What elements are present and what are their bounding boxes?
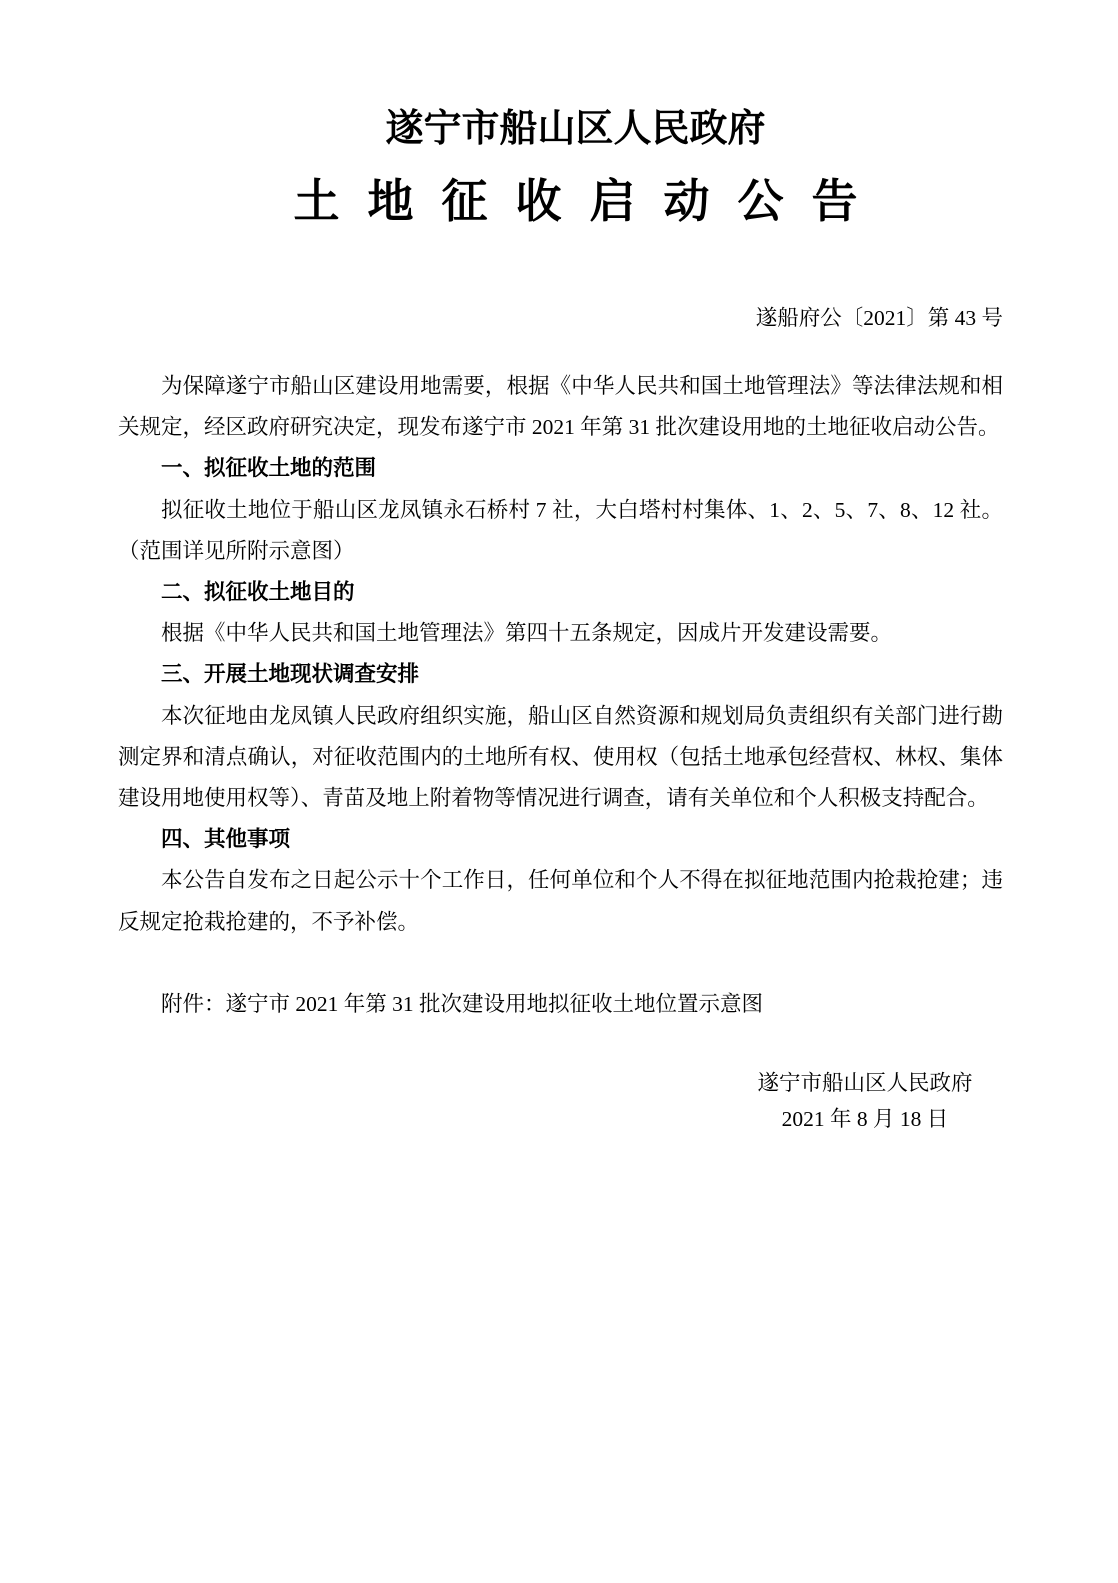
section-4-content: 本公告自发布之日起公示十个工作日，任何单位和个人不得在拟征地范围内抢栽抢建；违反… [118,860,1003,942]
document-text: 为保障遂宁市船山区建设用地需要，根据《中华人民共和国土地管理法》等法律法规和相关… [118,366,1003,1025]
section-3-heading: 三、开展土地现状调查安排 [118,654,1003,695]
document-page: 遂宁市船山区人民政府 土地征收启动公告 遂船府公〔2021〕第 43 号 为保障… [0,0,1118,1583]
section-1-content: 拟征收土地位于船山区龙凤镇永石桥村 7 社，大白塔村村集体、1、2、5、7、8、… [118,490,1003,572]
section-3-content: 本次征地由龙凤镇人民政府组织实施，船山区自然资源和规划局负责组织有关部门进行勘测… [118,696,1003,820]
attachment-line: 附件：遂宁市 2021 年第 31 批次建设用地拟征收土地位置示意图 [118,984,1003,1025]
section-4-heading: 四、其他事项 [118,819,1003,860]
doc-title: 土地征收启动公告 [147,171,1032,231]
section-2-heading: 二、拟征收土地目的 [118,572,1003,613]
intro-paragraph: 为保障遂宁市船山区建设用地需要，根据《中华人民共和国土地管理法》等法律法规和相关… [118,366,1003,448]
doc-number: 遂船府公〔2021〕第 43 号 [756,303,1003,333]
signature-block: 遂宁市船山区人民政府 2021 年 8 月 18 日 [757,1065,973,1137]
section-2-content: 根据《中华人民共和国土地管理法》第四十五条规定，因成片开发建设需要。 [118,613,1003,654]
org-title: 遂宁市船山区人民政府 [133,105,1018,153]
signature-name: 遂宁市船山区人民政府 [757,1065,973,1101]
document-body-column: 遂宁市船山区人民政府 土地征收启动公告 遂船府公〔2021〕第 43 号 为保障… [118,0,1003,1583]
section-1-heading: 一、拟征收土地的范围 [118,448,1003,489]
signature-date: 2021 年 8 月 18 日 [757,1101,973,1137]
